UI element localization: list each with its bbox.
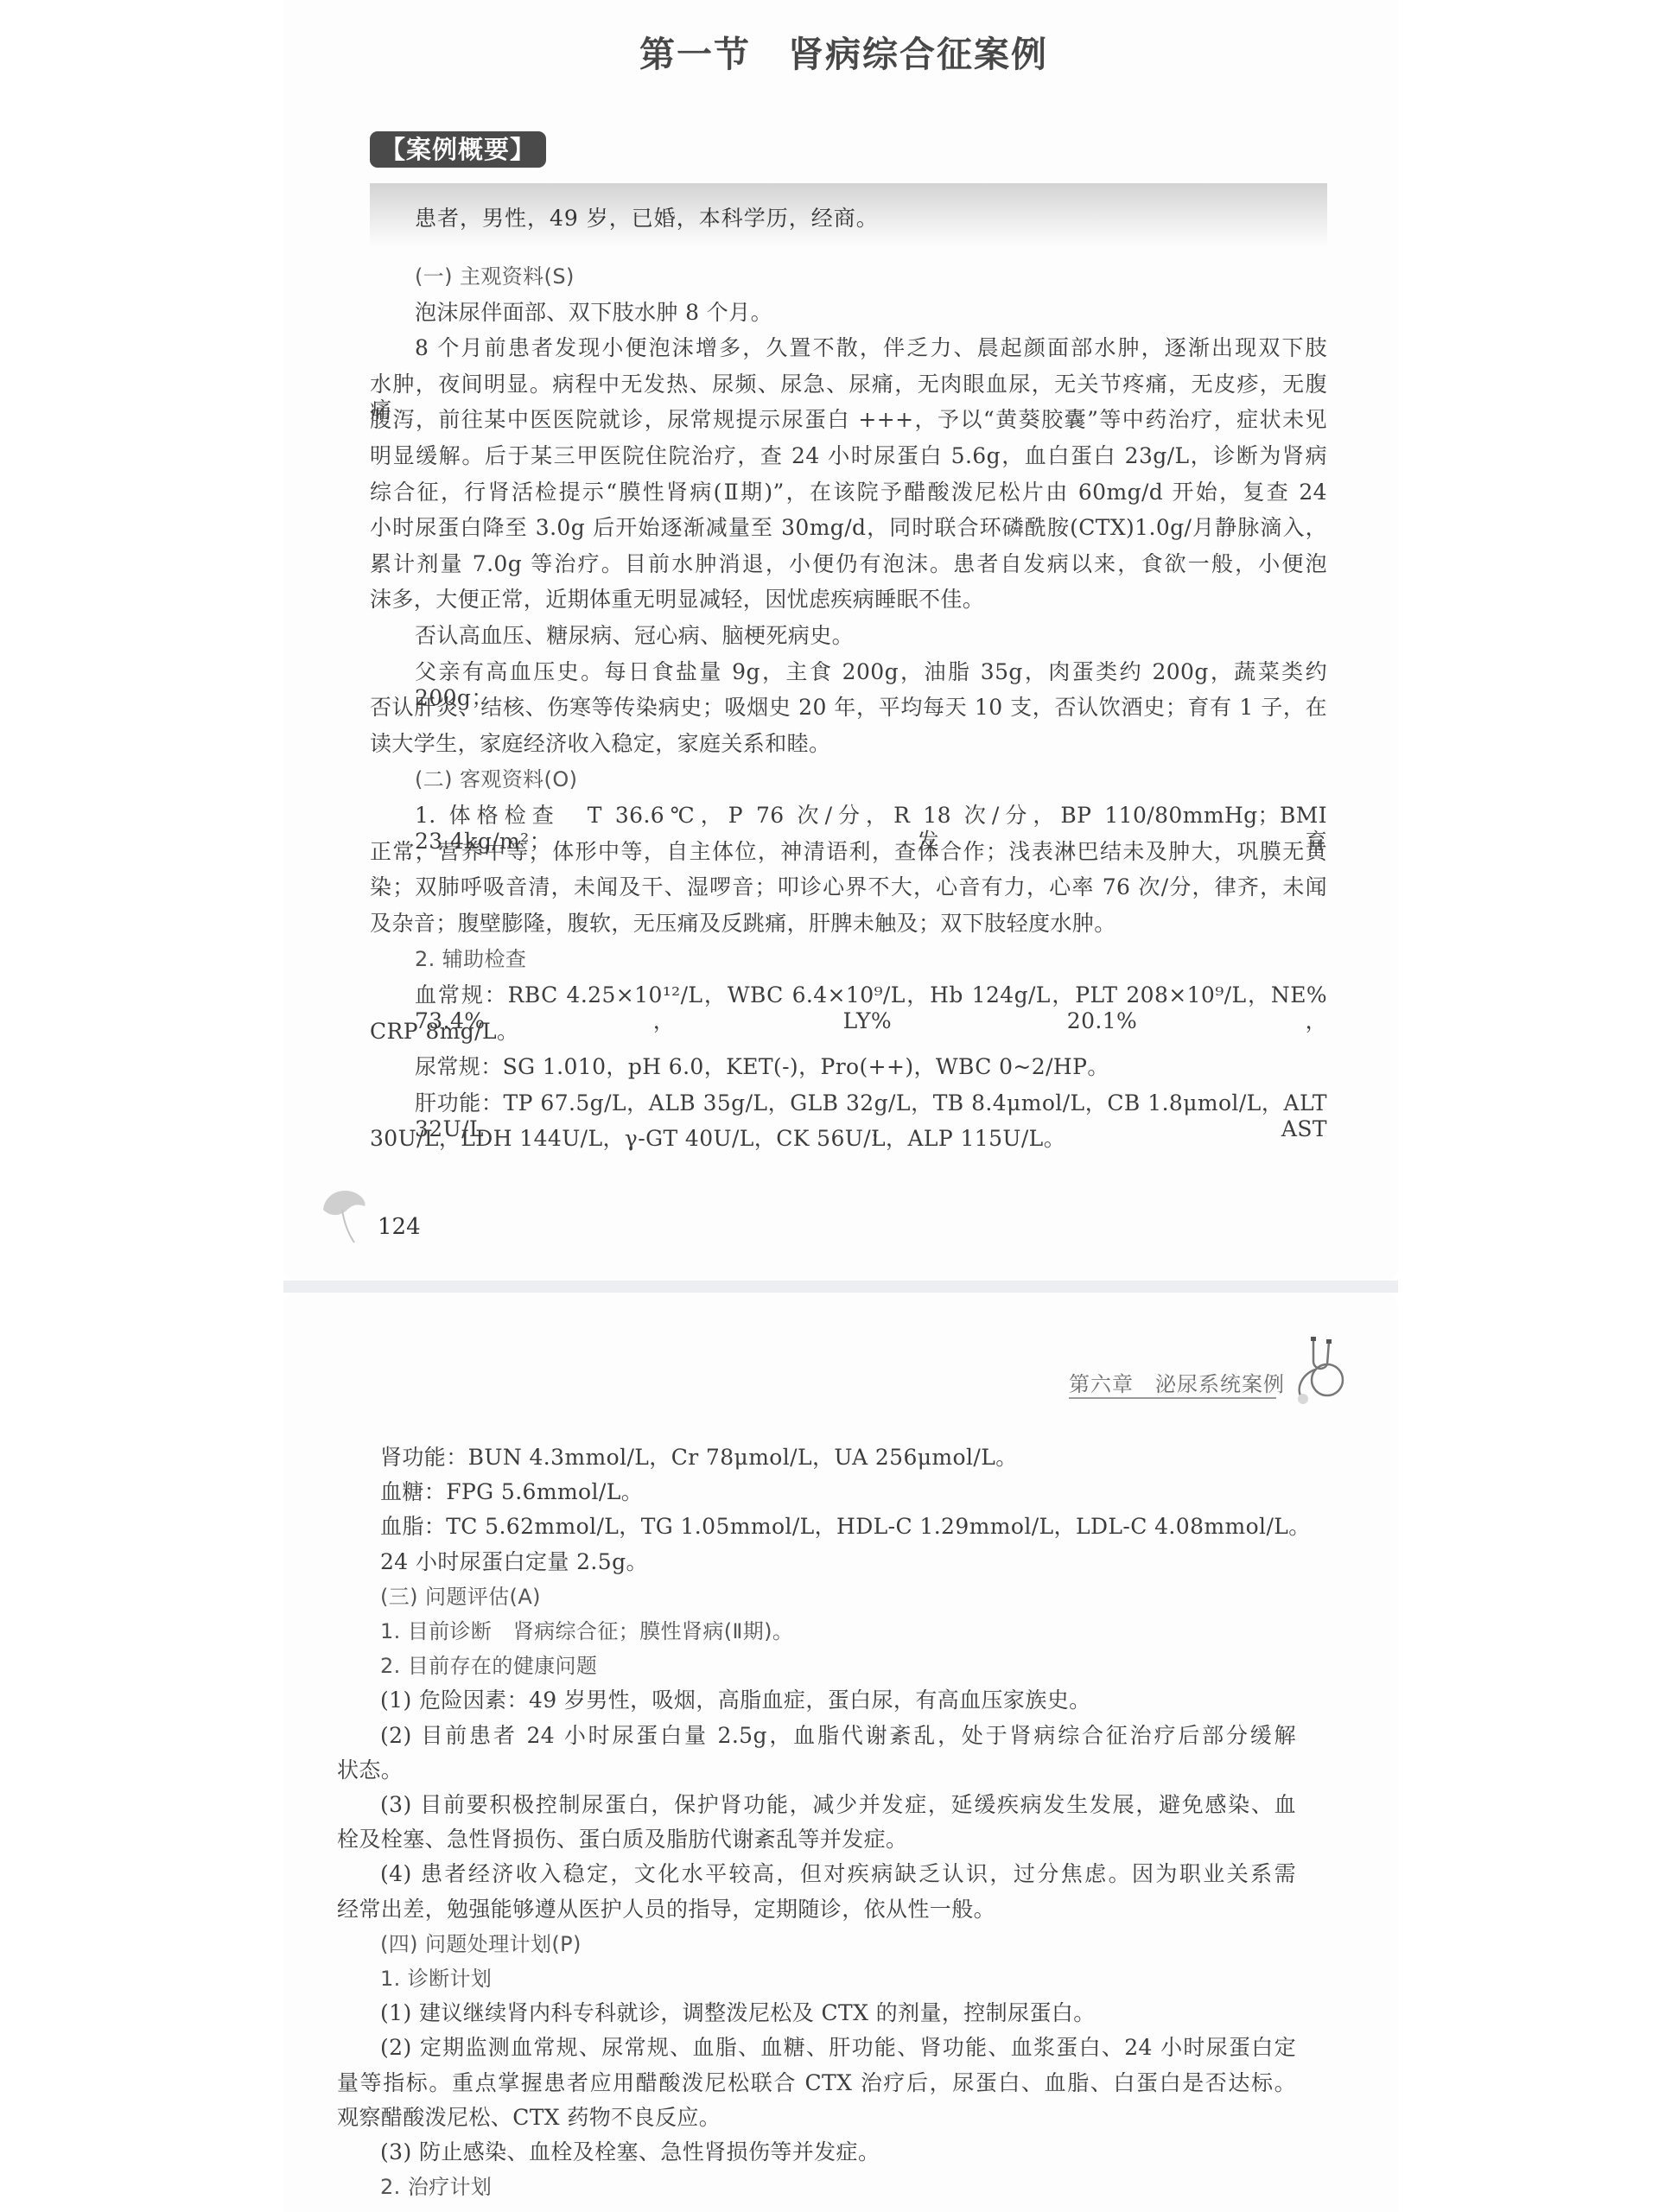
- body-line: 否认高血压、糖尿病、冠心病、脑梗死病史。: [415, 623, 854, 649]
- body-line: 血脂：TC 5.62mmol/L，TG 1.05mmol/L，HDL-C 1.2…: [380, 1514, 1311, 1540]
- body-line: (3) 目前要积极控制尿蛋白，保护肾功能，减少并发症，延缓疾病发生发展，避免感染…: [380, 1792, 1296, 1818]
- case-summary-badge: 【案例概要】: [370, 131, 546, 168]
- body-line: 明显缓解。后于某三甲医院住院治疗，查 24 小时尿蛋白 5.6g，血白蛋白 23…: [370, 443, 1327, 469]
- body-line: (4) 患者经济收入稳定，文化水平较高，但对疾病缺乏认识，过分焦虑。因为职业关系…: [380, 1861, 1296, 1887]
- chapter-header-rule: [1069, 1397, 1276, 1399]
- body-line: 经常出差，勉强能够遵从医护人员的指导，定期随诊，依从性一般。: [337, 1897, 995, 1923]
- body-line: 血糖：FPG 5.6mmol/L。: [380, 1479, 643, 1505]
- body-line: 状态。: [337, 1758, 403, 1783]
- body-line: 沫多，大便正常，近期体重无明显减轻，因忧虑疾病睡眠不佳。: [370, 587, 984, 613]
- subsection-heading: (一) 主观资料(S): [415, 264, 575, 289]
- body-line: 泡沫尿伴面部、双下肢水肿 8 个月。: [415, 300, 772, 326]
- body-line: (3) 防止感染、血栓及栓塞、急性肾损伤等并发症。: [380, 2139, 880, 2165]
- body-line: (2) 定期监测血常规、尿常规、血脂、血糖、肝功能、肾功能、血浆蛋白、24 小时…: [380, 2035, 1296, 2061]
- subsection-heading: 2. 目前存在的健康问题: [380, 1653, 597, 1679]
- subsection-heading: 1. 目前诊断 肾病综合征；膜性肾病(Ⅱ期)。: [380, 1618, 793, 1644]
- subsection-heading: 2. 辅助检查: [415, 946, 526, 972]
- body-line: (1) 建议继续肾内科专科就诊，调整泼尼松及 CTX 的剂量，控制尿蛋白。: [380, 2000, 1096, 2026]
- subsection-heading: 2. 治疗计划: [380, 2174, 492, 2200]
- body-line: 综合征，行肾活检提示“膜性肾病(Ⅱ期)”，在该院予醋酸泼尼松片由 60mg/d …: [370, 480, 1327, 505]
- body-line: (1) 危险因素：49 岁男性，吸烟，高脂血症，蛋白尿，有高血压家族史。: [380, 1688, 1091, 1713]
- body-line: 腹泻，前往某中医医院就诊，尿常规提示尿蛋白 +++，予以“黄葵胶囊”等中药治疗，…: [370, 407, 1327, 433]
- body-line: 24 小时尿蛋白定量 2.5g。: [380, 1549, 648, 1575]
- body-line: CRP 8mg/L。: [370, 1019, 518, 1045]
- body-line: 累计剂量 7.0g 等治疗。目前水肿消退，小便仍有泡沫。患者自发病以来，食欲一般…: [370, 551, 1327, 577]
- subsection-heading: (三) 问题评估(A): [380, 1584, 541, 1610]
- body-line: 小时尿蛋白降至 3.0g 后开始逐渐减量至 30mg/d，同时联合环磷酰胺(CT…: [370, 515, 1327, 541]
- body-line: 血常规：RBC 4.25×10¹²/L，WBC 6.4×10⁹/L，Hb 124…: [415, 982, 1327, 1034]
- subsection-heading: 1. 诊断计划: [380, 1966, 492, 1992]
- stethoscope-icon: [1289, 1335, 1350, 1408]
- page-number: 124: [378, 1214, 421, 1240]
- ginkgo-leaf-icon: [316, 1184, 370, 1244]
- subsection-heading: (四) 问题处理计划(P): [380, 1931, 582, 1957]
- chapter-header: 第六章 泌尿系统案例: [1069, 1367, 1285, 1397]
- body-line: 8 个月前患者发现小便泡沫增多，久置不散，伴乏力、晨起颜面部水肿，逐渐出现双下肢: [415, 335, 1327, 361]
- body-line: 肾功能：BUN 4.3mmol/L，Cr 78μmol/L，UA 256μmol…: [380, 1445, 1018, 1471]
- section-title: 第一节 肾病综合征案例: [639, 33, 1037, 76]
- body-line: 否认肝炎、结核、伤寒等传染病史；吸烟史 20 年，平均每天 10 支，否认饮酒史…: [370, 695, 1327, 721]
- body-line: 染；双肺呼吸音清，未闻及干、湿啰音；叩诊心界不大，心音有力，心率 76 次/分，…: [370, 874, 1327, 900]
- body-line: 栓及栓塞、急性肾损伤、蛋白质及脂肪代谢紊乱等并发症。: [337, 1827, 907, 1853]
- body-line: 观察醋酸泼尼松、CTX 药物不良反应。: [337, 2105, 721, 2131]
- body-line: 30U/L，LDH 144U/L，γ-GT 40U/L，CK 56U/L，ALP…: [370, 1126, 1065, 1152]
- body-line: 及杂音；腹壁膨隆，腹软，无压痛及反跳痛，肝脾未触及；双下肢轻度水肿。: [370, 911, 1116, 937]
- body-line: 尿常规：SG 1.010，pH 6.0，KET(-)，Pro(++)，WBC 0…: [415, 1054, 1109, 1080]
- subsection-heading: (二) 客观资料(O): [415, 766, 577, 792]
- body-line: 读大学生，家庭经济收入稳定，家庭关系和睦。: [370, 731, 830, 757]
- patient-summary: 患者，男性，49 岁，已婚，本科学历，经商。: [415, 206, 879, 232]
- body-line: 正常，营养中等，体形中等，自主体位，神清语利，查体合作；浅表淋巴结未及肿大，巩膜…: [370, 839, 1327, 865]
- page-divider: [283, 1281, 1398, 1293]
- body-line: 量等指标。重点掌握患者应用醋酸泼尼松联合 CTX 治疗后，尿蛋白、血脂、白蛋白是…: [337, 2070, 1296, 2096]
- body-line: (2) 目前患者 24 小时尿蛋白量 2.5g，血脂代谢紊乱，处于肾病综合征治疗…: [380, 1723, 1296, 1749]
